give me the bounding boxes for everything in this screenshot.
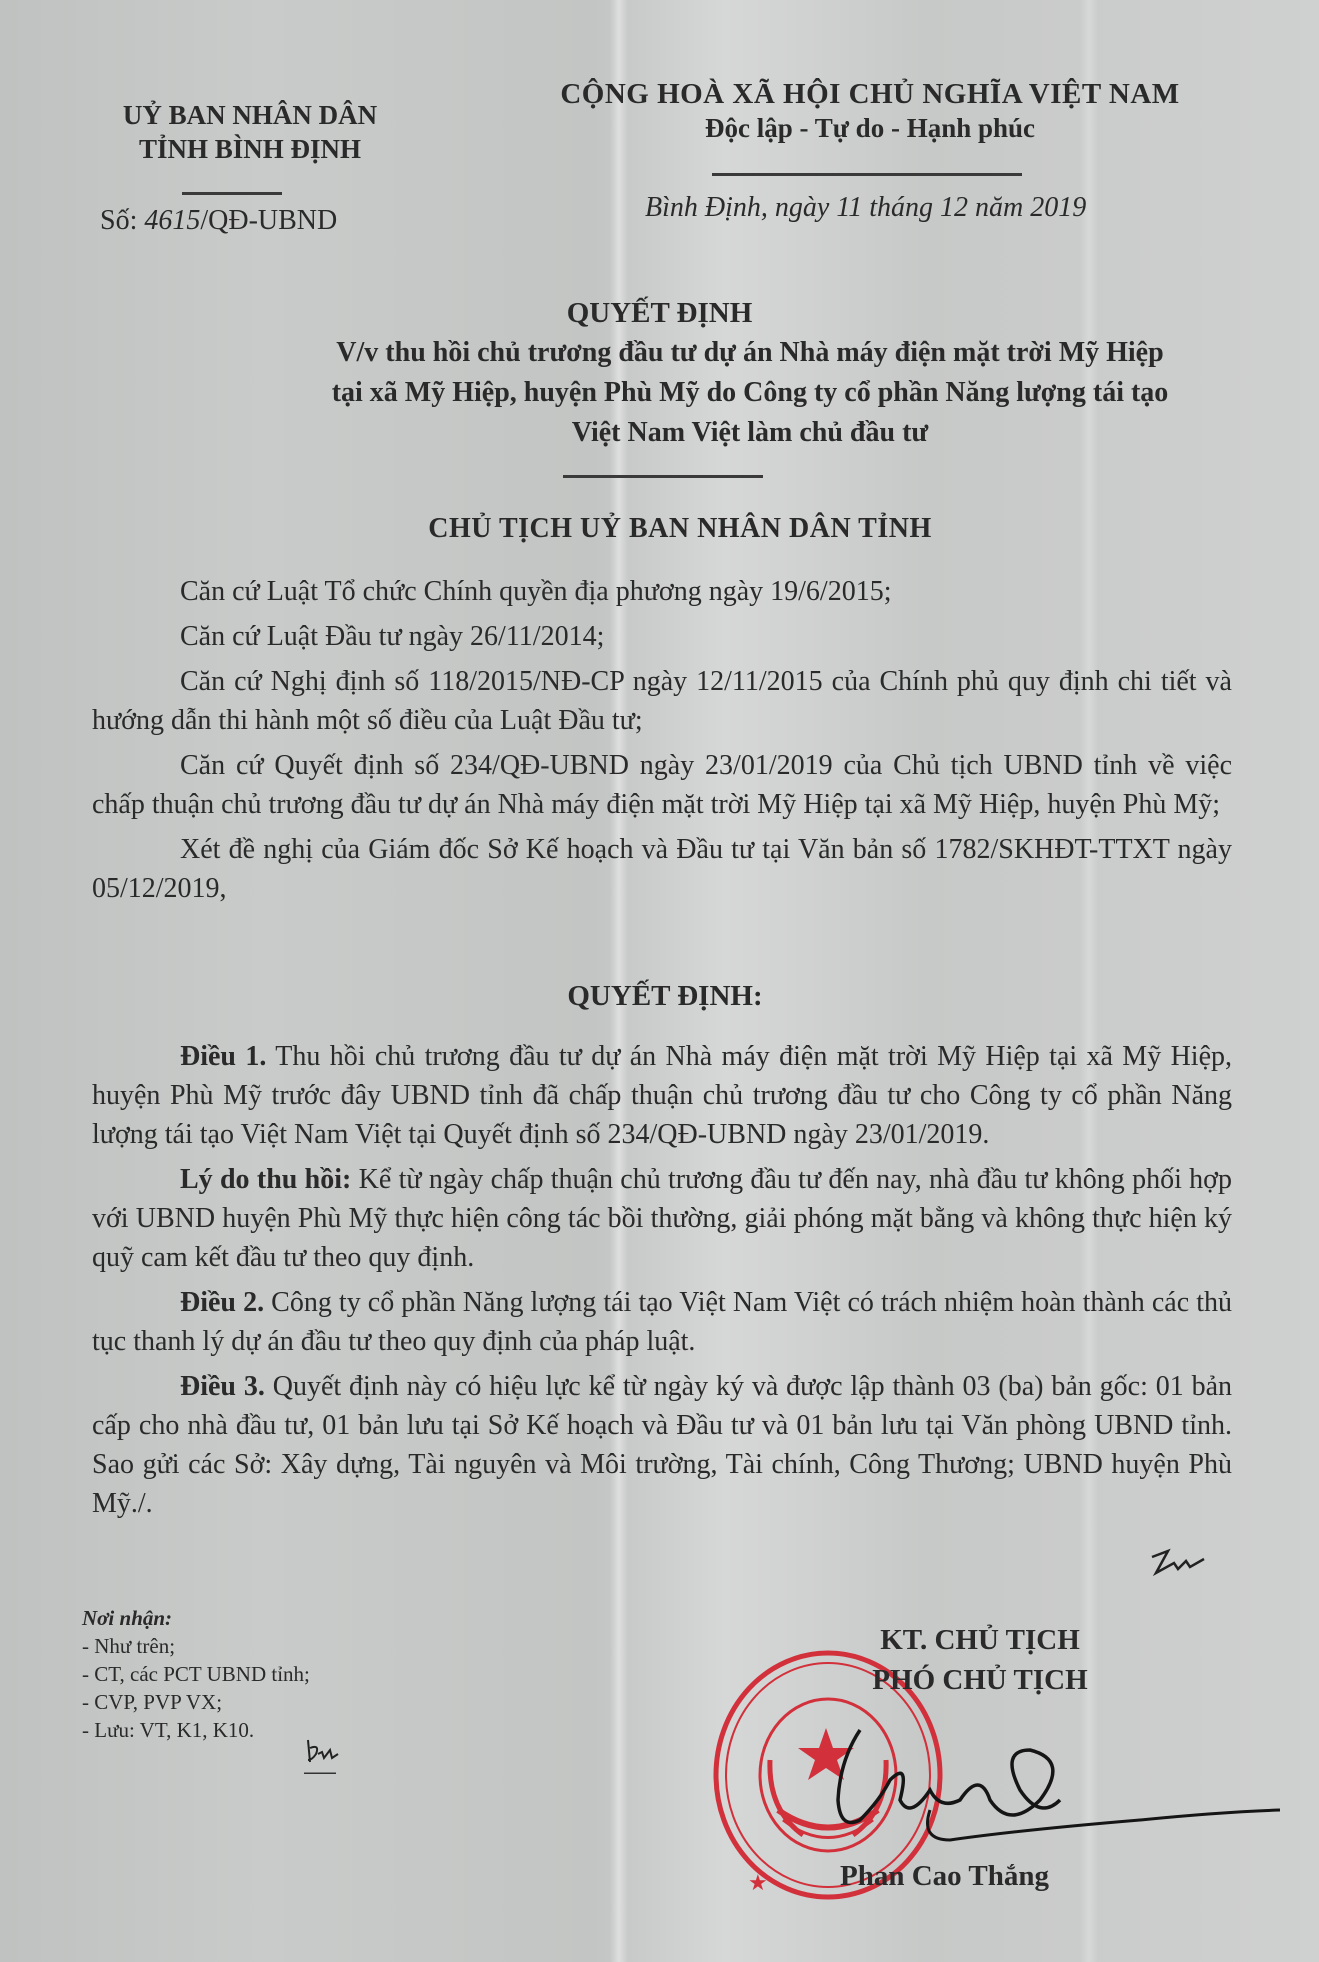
articles: Điều 1. Thu hồi chủ trương đầu tư dự án … [92,1037,1232,1529]
motto-underline [712,173,1022,176]
basis-item: Căn cứ Luật Đầu tư ngày 26/11/2014; [92,617,1232,656]
date-month: 12 [940,192,968,223]
document-title: QUYẾT ĐỊNH [0,297,1319,330]
handwritten-initials-icon [302,1734,342,1774]
basis-item: Căn cứ Nghị định số 118/2015/NĐ-CP ngày … [92,662,1232,740]
issuing-agency: UỶ BAN NHÂN DÂN TỈNH BÌNH ĐỊNH [80,98,420,166]
article-label: Lý do thu hồi: [180,1164,351,1195]
signature-title-line-2: PHÓ CHỦ TỊCH [800,1660,1160,1700]
doc-number-handwritten: 4615 [144,205,200,236]
recipients-list: Nơi nhận: - Như trên; - CT, các PCT UBND… [82,1604,310,1744]
article-2: Điều 2. Công ty cổ phần Năng lượng tái t… [92,1283,1232,1361]
nation-name: CỘNG HOÀ XÃ HỘI CHỦ NGHĨA VIỆT NAM [490,78,1250,111]
date-year: năm 2019 [968,192,1086,223]
article-1: Điều 1. Thu hồi chủ trương đầu tư dự án … [92,1037,1232,1154]
subject-underline [563,475,763,478]
date-month-label: tháng [862,192,940,223]
article-3: Điều 3. Quyết định này có hiệu lực kể từ… [92,1367,1232,1523]
revocation-reason: Lý do thu hồi: Kể từ ngày chấp thuận chủ… [92,1160,1232,1277]
article-label: Điều 2. [180,1287,264,1318]
national-header: CỘNG HOÀ XÃ HỘI CHỦ NGHĨA VIỆT NAM Độc l… [490,78,1250,144]
document-subject: V/v thu hồi chủ trương đầu tư dự án Nhà … [300,333,1200,453]
basis-item: Xét đề nghị của Giám đốc Sở Kế hoạch và … [92,830,1232,908]
subject-line: V/v thu hồi chủ trương đầu tư dự án Nhà … [300,333,1200,373]
national-motto: Độc lập - Tự do - Hạnh phúc [490,113,1250,144]
basis-item: Căn cứ Luật Tổ chức Chính quyền địa phươ… [92,572,1232,611]
doc-number-prefix: Số: [100,205,144,236]
recipient-item: - CT, các PCT UBND tỉnh; [82,1660,310,1688]
svg-text:★: ★ [748,1871,768,1896]
recipient-item: - CVP, PVP VX; [82,1688,310,1716]
recipients-label: Nơi nhận: [82,1604,310,1632]
handwritten-initials-icon [1148,1545,1208,1580]
issue-date: Bình Định, ngày 11 tháng 12 năm 2019 [645,192,1086,224]
subject-line: Việt Nam Việt làm chủ đầu tư [300,413,1200,453]
issuer-heading: CHỦ TỊCH UỶ BAN NHÂN DÂN TỈNH [0,513,1319,545]
agency-underline [182,192,282,195]
date-day: 11 [836,192,862,223]
article-label: Điều 1. [180,1041,266,1072]
signature-title-line-1: KT. CHỦ TỊCH [800,1620,1160,1660]
recipient-item: - Lưu: VT, K1, K10. [82,1716,310,1744]
handwritten-signature-icon [820,1720,1290,1860]
signer-name: Phan Cao Thắng [840,1860,1049,1893]
decision-heading: QUYẾT ĐỊNH: [0,980,1319,1013]
doc-number-suffix: /QĐ-UBND [200,205,337,236]
agency-line-1: UỶ BAN NHÂN DÂN [80,98,420,132]
subject-line: tại xã Mỹ Hiệp, huyện Phù Mỹ do Công ty … [300,373,1200,413]
signature-title: KT. CHỦ TỊCH PHÓ CHỦ TỊCH [800,1620,1160,1700]
legal-bases: Căn cứ Luật Tổ chức Chính quyền địa phươ… [92,572,1232,914]
basis-item: Căn cứ Quyết định số 234/QĐ-UBND ngày 23… [92,746,1232,824]
document-number: Số: 4615/QĐ-UBND [100,205,337,237]
date-place: Bình Định, ngày [645,192,836,223]
article-label: Điều 3. [180,1371,265,1402]
recipient-item: - Như trên; [82,1632,310,1660]
agency-line-2: TỈNH BÌNH ĐỊNH [80,132,420,166]
